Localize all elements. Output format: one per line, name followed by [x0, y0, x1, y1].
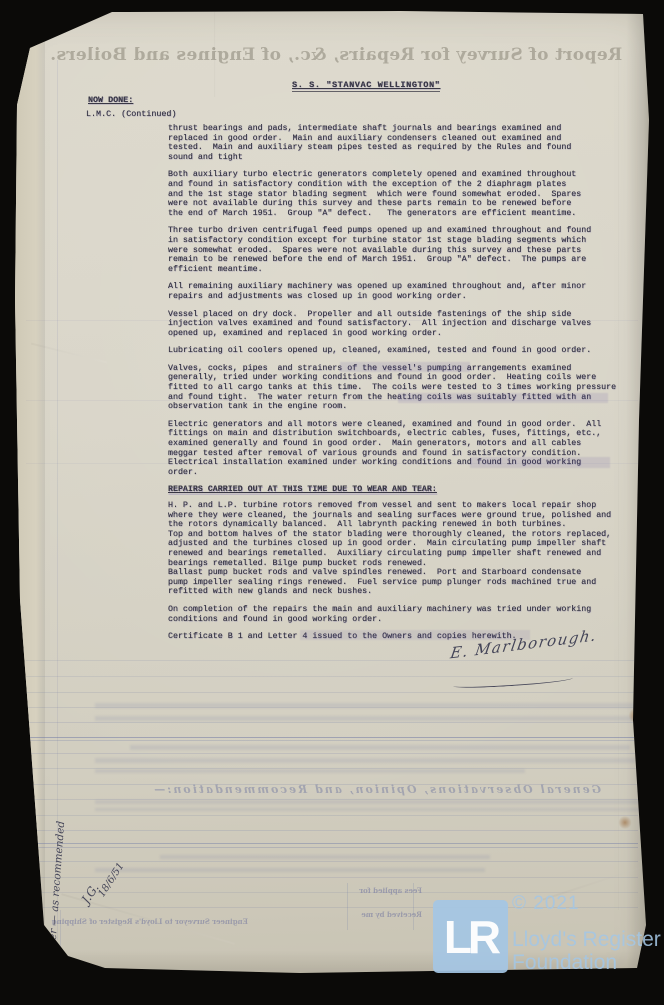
- now-done-label: NOW DONE:: [88, 95, 133, 105]
- ruled-line: [26, 830, 638, 831]
- paragraph: Lubricating oil coolers opened up, clean…: [168, 346, 646, 356]
- initials-note: J.G. 18/6/51: [79, 854, 127, 911]
- verso-box-line: [347, 883, 348, 930]
- paragraph: On completion of the repairs the main an…: [168, 605, 646, 624]
- ruled-line: [26, 847, 638, 848]
- showthrough-blur: [130, 745, 630, 750]
- showthrough-blur: [95, 808, 640, 811]
- watermark-name-line1: Lloyd's Register: [512, 928, 661, 952]
- paragraph: Vessel placed on dry dock. Propeller and…: [168, 310, 646, 339]
- watermark-name-line2: Foundation: [512, 951, 617, 975]
- verso-observations-showthrough: General Observations, Opinion, and Recom…: [135, 783, 601, 796]
- paragraph: Three turbo driven centrifugal feed pump…: [168, 226, 646, 274]
- paper-edge-shadow: [626, 0, 656, 1005]
- watermark-copyright: © 2021: [512, 893, 580, 915]
- verso-surveyor-showthrough: Engineer Surveyor to Lloyd's Register of…: [78, 917, 248, 926]
- paragraph: Electric generators and all motors were …: [168, 420, 646, 478]
- crease: [214, 12, 216, 97]
- ink-smudge: [340, 362, 470, 372]
- repairs-heading: REPAIRS CARRIED OUT AT THIS TIME DUE TO …: [168, 485, 646, 495]
- verso-fees-showthrough: Fees applied for: [336, 886, 422, 895]
- ink-smudge: [470, 457, 610, 468]
- verso-margin-line: [57, 60, 58, 940]
- paragraph: All remaining auxiliary machinery was op…: [168, 282, 646, 301]
- showthrough-blur: [95, 758, 635, 763]
- showthrough-blur: [95, 769, 525, 773]
- scanned-document: Report of Survey for Repairs, &c., of En…: [0, 0, 664, 1005]
- paragraph: thrust bearings and pads, intermediate s…: [168, 124, 646, 162]
- ruled-line: [26, 843, 638, 844]
- paragraph: Both auxiliary turbo electric generators…: [168, 170, 646, 218]
- ruled-line: [26, 740, 638, 741]
- ruled-line: [26, 753, 638, 754]
- margin-note-noted: Noted.: [19, 877, 40, 923]
- ruled-line: [26, 692, 638, 693]
- showthrough-blur: [95, 716, 635, 721]
- paragraph: H. P. and L.P. turbine rotors removed fr…: [168, 501, 646, 597]
- paper-sheet: Report of Survey for Repairs, &c., of En…: [0, 0, 664, 1005]
- ruled-line: [26, 660, 638, 661]
- ruled-line: [26, 722, 638, 723]
- showthrough-blur: [95, 868, 485, 872]
- ruled-line: [26, 815, 638, 816]
- ruled-line: [26, 737, 638, 738]
- under-sheet-edge: [15, 0, 45, 1005]
- signature-flourish: [453, 675, 573, 689]
- lmc-label: L.M.C. (Continued): [86, 109, 176, 119]
- verso-title-showthrough: Report of Survey for Repairs, &c., of En…: [30, 45, 642, 65]
- showthrough-blur: [160, 855, 490, 859]
- verso-box-line: [413, 883, 414, 930]
- ship-title: S. S. "STANVAC WELLINGTON": [292, 80, 440, 92]
- showthrough-blur: [95, 800, 640, 804]
- typed-body: thrust bearings and pads, intermediate s…: [168, 124, 646, 650]
- ink-smudge: [398, 393, 608, 403]
- lr-logo: LR: [433, 900, 508, 973]
- showthrough-blur: [95, 703, 635, 708]
- verso-received-showthrough: Received by me: [336, 910, 422, 919]
